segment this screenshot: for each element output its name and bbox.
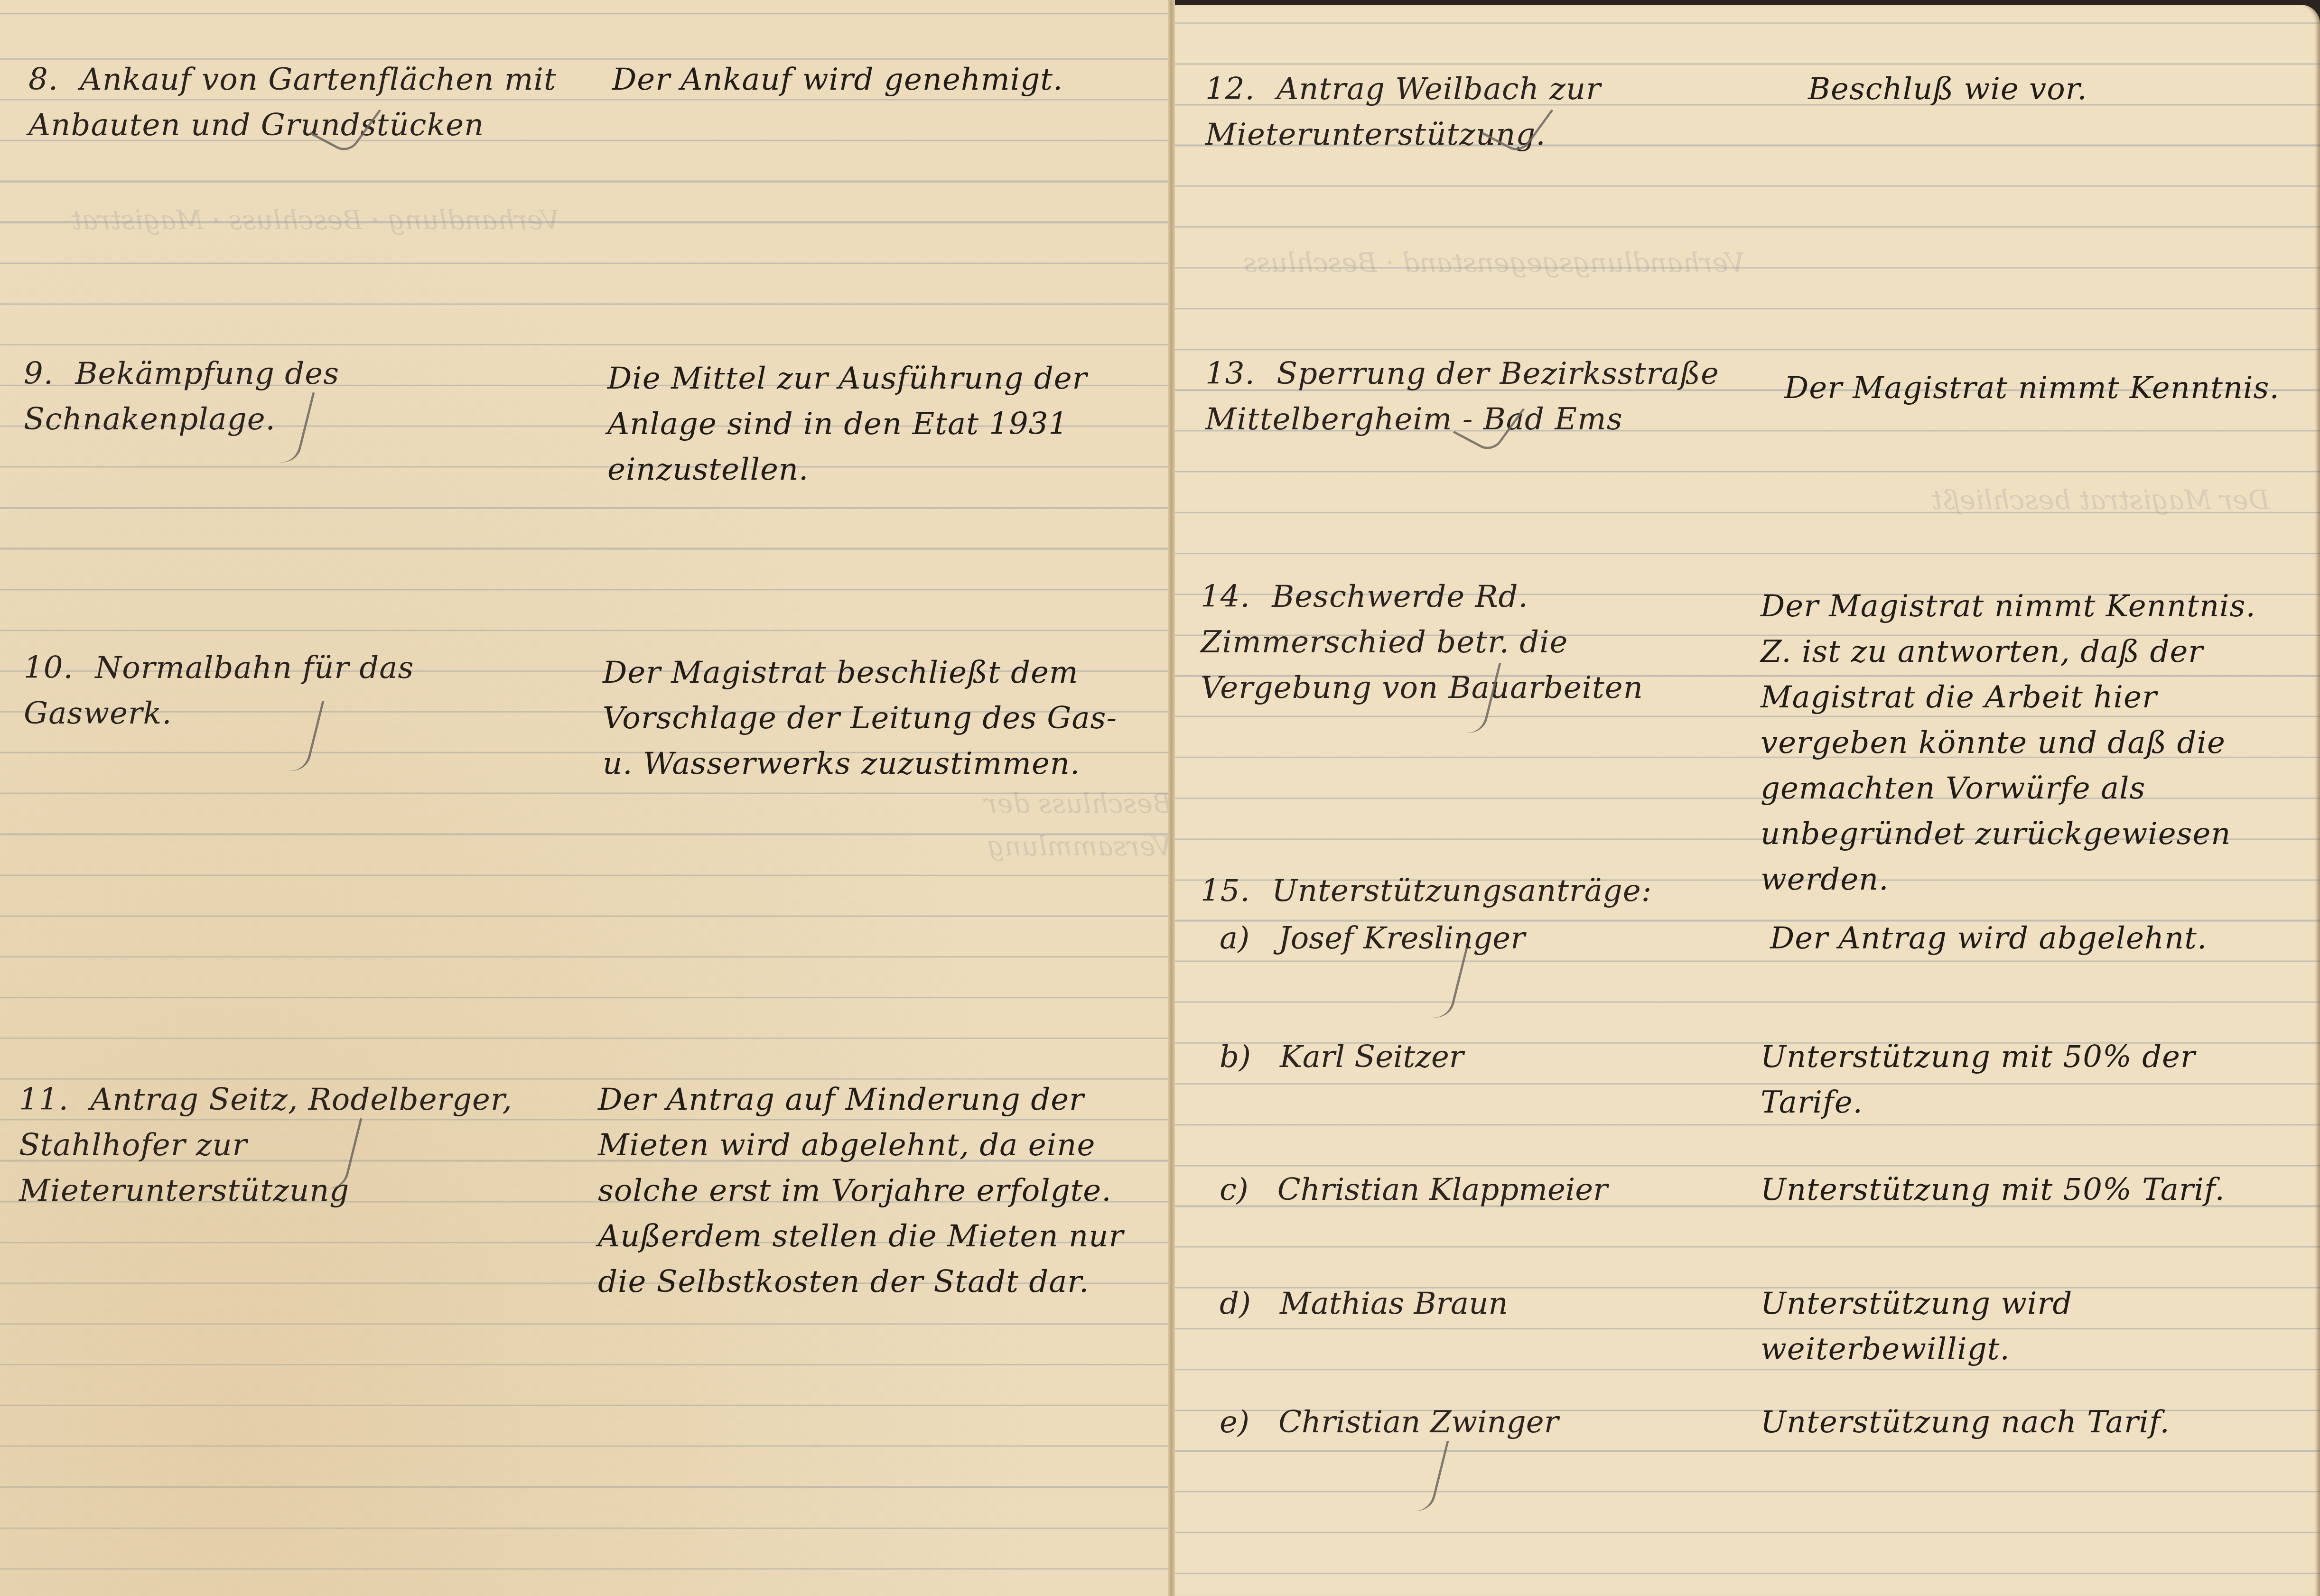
sub-item-letter: c) [1220, 1172, 1249, 1207]
item-number: 11. [19, 1082, 69, 1117]
resolution-item-13: Der Magistrat nimmt Kenntnis. [1784, 365, 2297, 411]
item-number: 14. [1201, 579, 1250, 614]
sub-item-c: c) Christian Klappmeier [1220, 1167, 1608, 1213]
resolution-15a: Der Antrag wird abgelehnt. [1770, 916, 2292, 961]
item-subject: Normalbahn für das Gaswerk. [24, 650, 414, 731]
resolution-15b: Unterstützung mit 50% der Tarife. [1761, 1034, 2292, 1125]
resolution-item-14: Der Magistrat nimmt Kenntnis. Z. ist zu … [1761, 584, 2292, 902]
resolution-item-8: Der Ankauf wird genehmigt. [612, 57, 1134, 102]
item-number: 15. [1201, 873, 1250, 909]
item-number: 12. [1205, 72, 1255, 107]
sub-item-letter: a) [1220, 921, 1249, 956]
left-page: Verhandlung · Beschluss · Magistrat Besc… [0, 0, 1172, 1596]
resolution-item-10: Der Magistrat beschließt dem Vorschlage … [603, 650, 1134, 787]
sub-item-letter: e) [1220, 1405, 1249, 1440]
sub-item-e: e) Christian Zwinger [1220, 1400, 1558, 1445]
applicant-name: Mathias Braun [1280, 1286, 1508, 1321]
bleed-through-text: Verhandlungsgegenstand · Beschluss [1243, 242, 1745, 285]
item-subject: Ankauf von Gartenflächen mit Anbauten un… [28, 62, 557, 143]
agenda-item-12: 12. Antrag Weilbach zur Mieterunterstütz… [1205, 66, 1775, 158]
applicant-name: Josef Kreslinger [1278, 921, 1525, 956]
sub-item-letter: d) [1220, 1286, 1251, 1321]
resolution-15e: Unterstützung nach Tarif. [1761, 1400, 2292, 1445]
resolution-item-11: Der Antrag auf Minderung der Mieten wird… [598, 1077, 1139, 1305]
resolution-item-9: Die Mittel zur Ausführung der Anlage sin… [607, 356, 1144, 492]
sub-item-d: d) Mathias Braun [1220, 1281, 1508, 1327]
book-gutter [1168, 0, 1175, 1596]
item-number: 9. [24, 356, 54, 391]
resolution-item-12: Beschluß wie vor. [1808, 66, 2283, 112]
resolution-15d: Unterstützung wird weiterbewilligt. [1761, 1281, 2292, 1372]
bleed-through-text: Beschluss der Versammlung [807, 783, 1172, 868]
item-number: 8. [28, 62, 58, 97]
check-mark-icon [1410, 1436, 1449, 1515]
item-number: 13. [1205, 356, 1255, 391]
bleed-through-text: Verhandlung · Beschluss · Magistrat [71, 199, 560, 242]
agenda-item-15: 15. Unterstützungsanträge: [1201, 868, 1770, 914]
item-subject: Unterstützungsanträge: [1272, 873, 1652, 909]
item-number: 10. [24, 650, 74, 686]
resolution-15c: Unterstützung mit 50% Tarif. [1761, 1167, 2292, 1213]
item-subject: Antrag Seitz, Rodelberger, Stahlhofer zu… [19, 1082, 512, 1208]
sub-item-b: b) Karl Seitzer [1220, 1034, 1463, 1080]
applicant-name: Christian Klappmeier [1277, 1172, 1608, 1207]
applicant-name: Karl Seitzer [1280, 1039, 1463, 1075]
bleed-through-text: Der Magistrat beschließt [1931, 479, 2270, 522]
applicant-name: Christian Zwinger [1278, 1405, 1558, 1440]
sub-item-a: a) Josef Kreslinger [1220, 916, 1525, 961]
item-subject: Beschwerde Rd. Zimmerschied betr. die Ve… [1201, 579, 1643, 705]
open-ledger-spread: Verhandlung · Beschluss · Magistrat Besc… [0, 0, 2320, 1596]
agenda-item-8: 8. Ankauf von Gartenflächen mit Anbauten… [28, 57, 588, 148]
agenda-item-11: 11. Antrag Seitz, Rodelberger, Stahlhofe… [19, 1077, 579, 1214]
sub-item-letter: b) [1220, 1039, 1251, 1075]
right-page: Verhandlungsgegenstand · Beschluss Der M… [1172, 5, 2320, 1596]
